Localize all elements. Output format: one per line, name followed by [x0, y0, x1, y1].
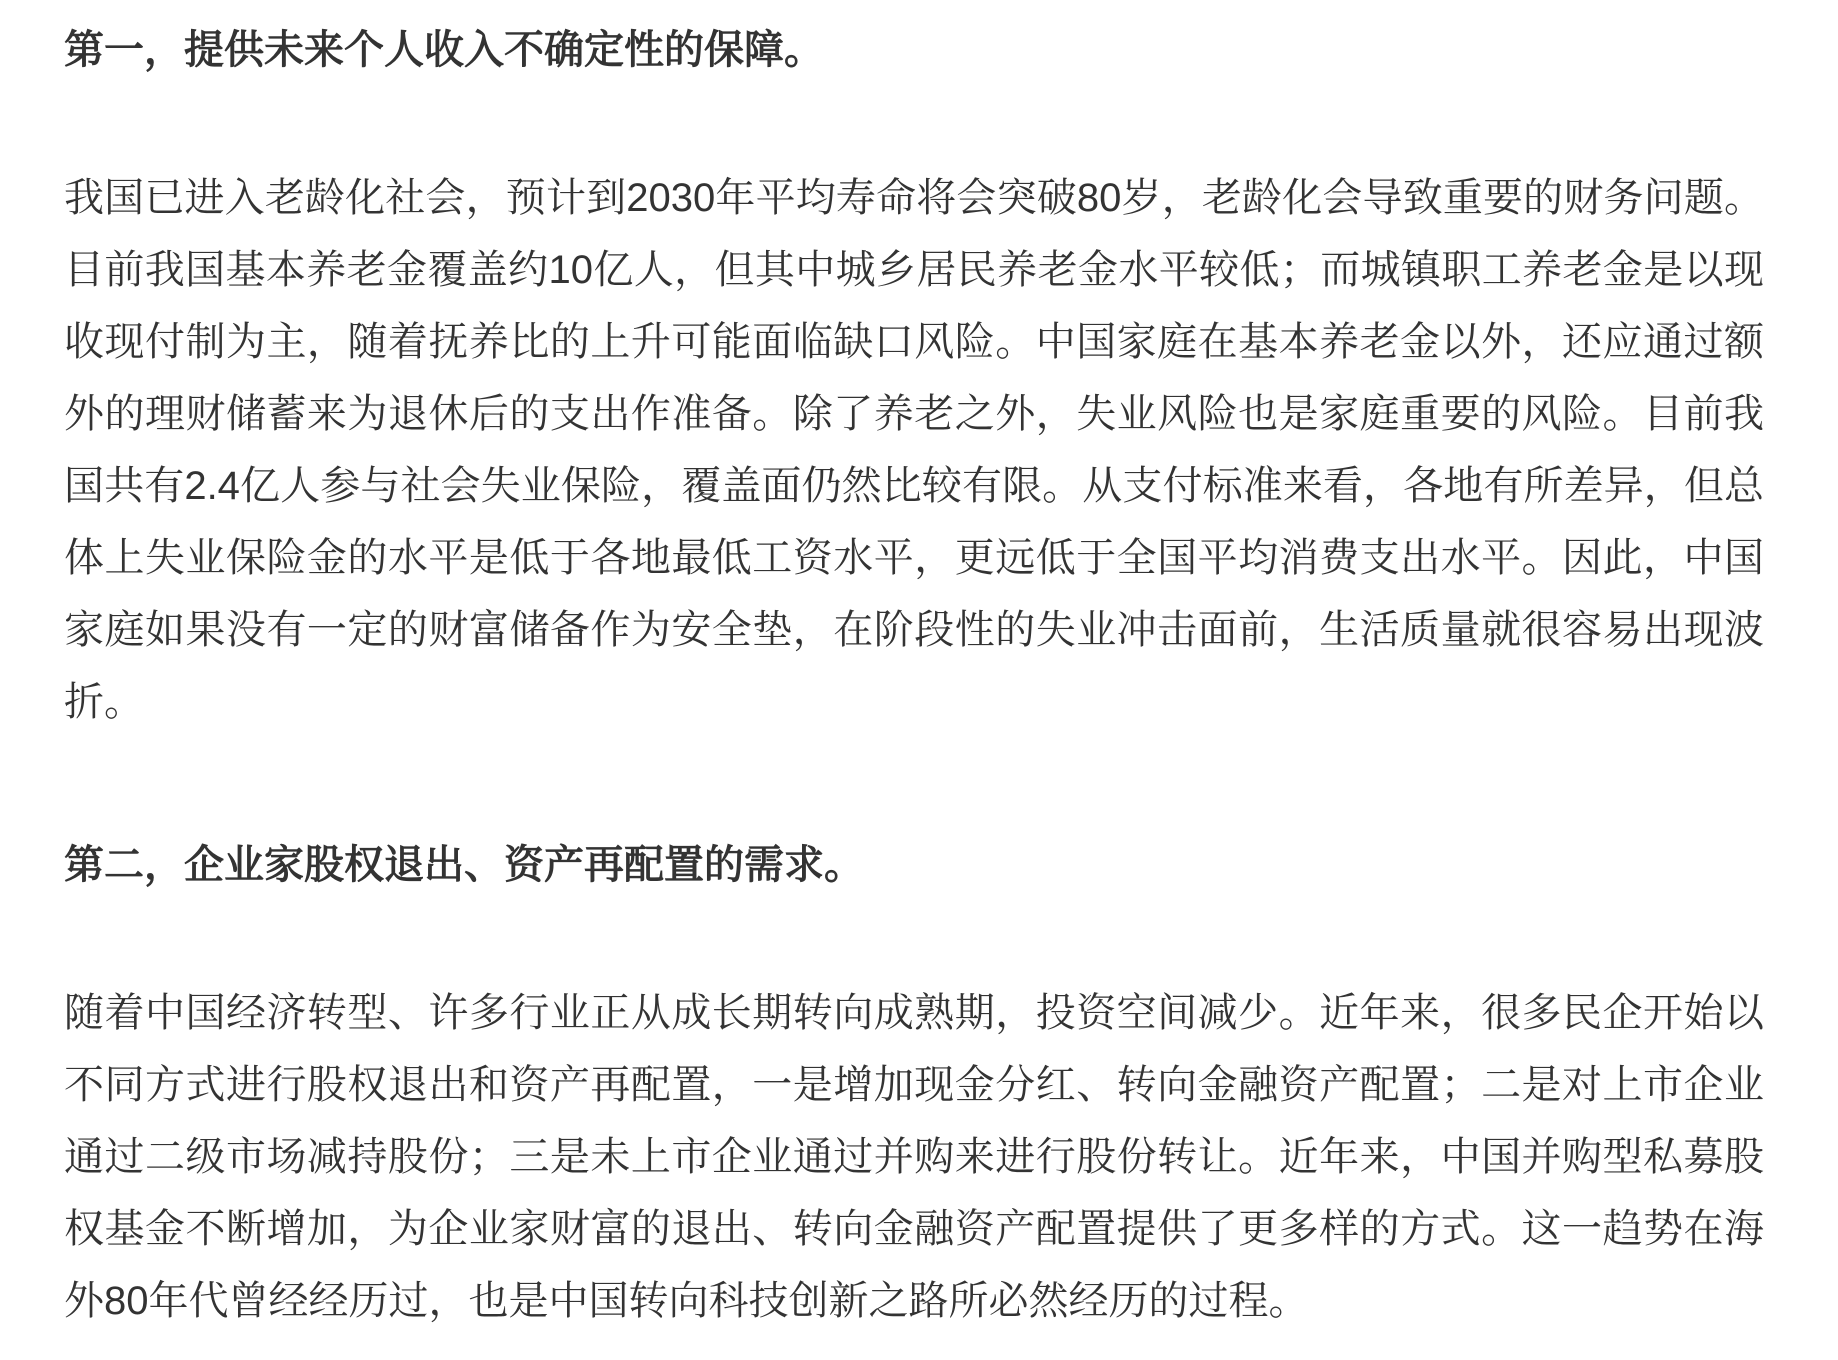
article-body: 第一，提供未来个人收入不确定性的保障。 我国已进入老龄化社会，预计到2030年平… [0, 0, 1838, 1337]
section-paragraph-2: 随着中国经济转型、许多行业正从成长期转向成熟期，投资空间减少。近年来，很多民企开… [64, 977, 1764, 1337]
section-heading-1: 第一，提供未来个人收入不确定性的保障。 [64, 14, 1764, 86]
section-income-security: 第一，提供未来个人收入不确定性的保障。 我国已进入老龄化社会，预计到2030年平… [64, 14, 1764, 738]
section-paragraph-1: 我国已进入老龄化社会，预计到2030年平均寿命将会突破80岁，老龄化会导致重要的… [64, 162, 1764, 738]
section-equity-exit: 第二，企业家股权退出、资产再配置的需求。 随着中国经济转型、许多行业正从成长期转… [64, 829, 1764, 1337]
section-heading-2: 第二，企业家股权退出、资产再配置的需求。 [64, 829, 1764, 901]
